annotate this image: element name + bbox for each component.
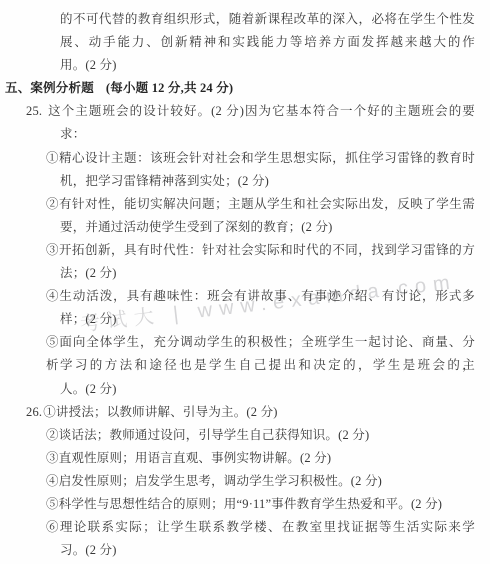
q25-point3-line-1: ③开拓创新，具有时代性：针对社会实际和时代的不同，找到学习雷锋的方 <box>46 239 475 262</box>
q25-point1-line-1: ①精心设计主题：该班会针对社会和学生思想实际，抓住学习雷锋的教育时 <box>46 147 475 170</box>
q25-point5-line-1: ⑤面向全体学生，充分调动学生的积极性；全班学生一起讨论、商量、分析， <box>46 331 475 354</box>
q25-number: 25. <box>26 104 42 118</box>
q25-point5-line-2: 学习的方法和途径也是学生自己提出和决定的，学生是班会的主 <box>60 354 475 377</box>
q25-point4-line-2: 样；(2 分) <box>60 308 475 331</box>
q25-point1-line-2: 机，把学习雷锋精神落到实处；(2 分) <box>60 170 475 193</box>
q26-point1-text: ①讲授法；以教师讲解、引导为主。(2 分) <box>43 405 277 419</box>
q25-intro-line-1: 25.这个主题班会的设计较好。(2 分)因为它基本符合一个好的主题班会的要 <box>26 100 475 123</box>
q25-point3-line-2: 法；(2 分) <box>60 262 475 285</box>
q24-tail-line-3: 用。(2 分) <box>60 54 475 77</box>
q25-intro-text: 这个主题班会的设计较好。(2 分)因为它基本符合一个好的主题班会的要 <box>47 104 475 118</box>
q26-point2-line: ②谈话法；教师通过设问，引导学生自己获得知识。(2 分) <box>46 424 475 447</box>
q26-number: 26. <box>26 405 42 419</box>
q25-point2-line-1: ②有针对性，能切实解决问题；主题从学生和社会实际出发，反映了学生需 <box>46 193 475 216</box>
q24-tail-line-2: 展、动手能力、创新精神和实践能力等培养方面发挥越来越大的作 <box>60 31 475 54</box>
section5-title: 五、案例分析题 <box>5 81 94 95</box>
q26-point5-line: ⑤科学性与思想性结合的原则；用“9·11”事件教育学生热爱和平。(2 分) <box>46 493 475 516</box>
q26-point1-line: 26.①讲授法；以教师讲解、引导为主。(2 分) <box>26 401 475 424</box>
q26-point6-line-2: 习。(2 分) <box>60 539 475 562</box>
q26-point4-line: ④启发性原则；启发学生思考，调动学生学习积极性。(2 分) <box>46 470 475 493</box>
q26-point6-line-1: ⑥理论联系实际；让学生联系教学楼、在教室里找证据等生活实际来学 <box>46 516 475 539</box>
scanned-answer-page: 考试大 | www.examda.com 的不可代替的教育组织形式，随着新课程改… <box>0 0 490 564</box>
q25-point4-line-1: ④生动活泼，具有趣味性：班会有讲故事、有事迹介绍、有讨论，形式多 <box>46 285 475 308</box>
q24-tail-line-1: 的不可代替的教育组织形式，随着新课程改革的深入，必将在学生个性发 <box>60 8 475 31</box>
q25-point5-line-3: 人。(2 分) <box>60 378 475 401</box>
section5-heading: 五、案例分析题(每小题 12 分,共 24 分) <box>5 77 475 100</box>
section5-score-note: (每小题 12 分,共 24 分) <box>106 81 233 95</box>
q26-point3-line: ③直观性原则；用语言直观、事例实物讲解。(2 分) <box>46 447 475 470</box>
q25-point2-line-2: 要，并通过活动使学生受到了深刻的教育；(2 分) <box>60 216 475 239</box>
q25-intro-line-2: 求： <box>60 123 475 146</box>
